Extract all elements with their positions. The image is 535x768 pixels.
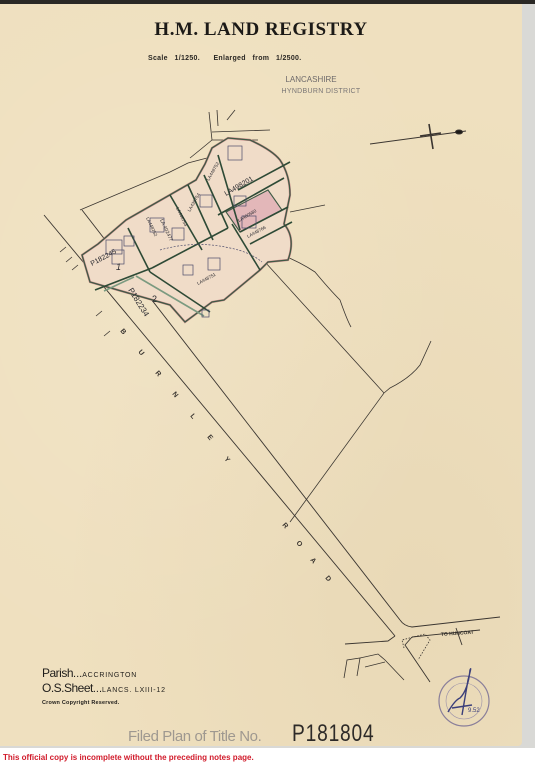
land-registry-map: B U R N L E Y R O A D TO HUNCOAT: [0, 0, 535, 768]
parish-value: ACCRINGTON: [82, 672, 137, 679]
signature-date: 9.52: [468, 708, 480, 714]
title-number: P181804: [292, 720, 374, 748]
svg-text:D: D: [323, 575, 332, 583]
svg-text:L: L: [188, 413, 197, 421]
svg-text:Y: Y: [222, 456, 231, 464]
road-name-label: B U R N L E Y R O A D: [118, 328, 332, 583]
svg-text:R: R: [280, 522, 289, 530]
parcel-number: 1: [116, 262, 121, 272]
official-stamp: 9.52: [439, 669, 489, 726]
os-sheet-label: O.S.Sheet: [42, 681, 93, 695]
svg-text:O: O: [294, 540, 303, 549]
to-huncoat-label: TO HUNCOAT: [441, 630, 474, 638]
svg-text:E: E: [205, 434, 214, 442]
north-arrow-icon: [370, 124, 466, 149]
parish-label: Parish: [42, 666, 73, 680]
filed-plan-label: Filed Plan of Title No.: [128, 728, 261, 745]
legend-block: Parish...ACCRINGTON O.S.Sheet...LANCS. L…: [42, 667, 166, 706]
os-sheet-value: LANCS. LXIII-12: [102, 687, 166, 694]
crown-copyright: Crown Copyright Reserved.: [42, 700, 166, 706]
official-copy-notice: This official copy is incomplete without…: [3, 753, 254, 762]
svg-text:A: A: [308, 557, 317, 565]
svg-text:U: U: [136, 349, 145, 357]
registered-title-area: P182245 1 P182234 2 LA498201 LA400580 LA…: [82, 138, 292, 322]
svg-text:B: B: [118, 328, 127, 336]
os-sheet-row: O.S.Sheet...LANCS. LXIII-12: [42, 682, 166, 697]
parcel-number: 2: [152, 294, 157, 304]
parish-row: Parish...ACCRINGTON: [42, 667, 166, 682]
svg-text:R: R: [153, 370, 162, 378]
svg-text:N: N: [170, 391, 179, 399]
